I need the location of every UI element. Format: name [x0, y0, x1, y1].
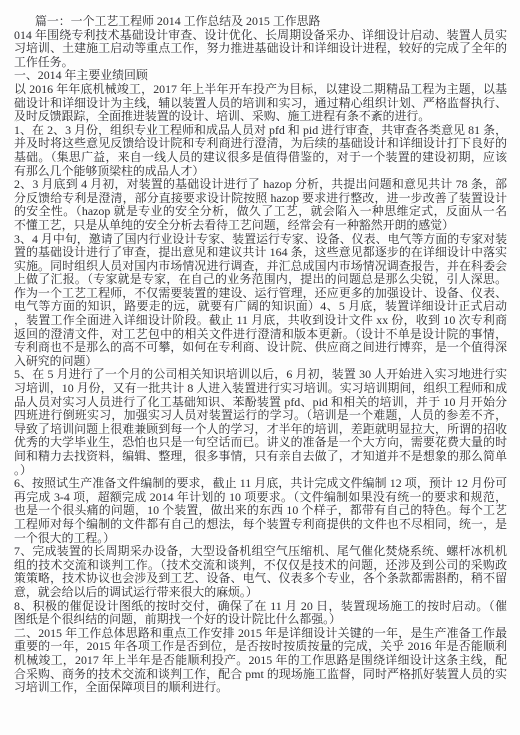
text-line: 014 年围绕专利技术基础设计审查、设计优化、长周期设备采办、详细设计启动、装置…	[14, 29, 507, 43]
text-line: 置的基础设计进行了审查，提出意见和建议共计 164 条，这些意见都逐步的在详细设…	[14, 246, 507, 260]
text-line: 基础。（集思广益，来自一线人员的建议很多是值得借鉴的，对于一个装置的建设初期，应…	[14, 151, 507, 165]
text-line: 作为一个工艺工程师，不仅需要装置的建设、运行管理，还应更多的加强设计、设备、仪表…	[14, 287, 507, 301]
text-line: 及时反馈跟踪，全面推进装置的设计、培训、采购、施工进程有条不紊的进行。	[14, 110, 507, 124]
text-line: 专利商也不是那么的高不可攀，如何在专利商、设计院、供应商之间进行博弈，是一个值得…	[14, 341, 507, 355]
text-line: 图纸是个很纠结的问题，前期找一个好的设计院比什么都强。）	[14, 613, 507, 627]
text-line: 础设计和详细设计为主线，辅以装置人员的培训和实习，通过精心组织计划、严格监督执行…	[14, 97, 507, 111]
paragraph: 3、4 月中旬，邀请了国内行业设计专家、装置运行专家、设备、仪表、电气等方面的专…	[14, 233, 507, 369]
text-line: 工作任务。	[14, 56, 507, 70]
text-line: 合采购、商务的技术交流和谈判工作，配合 pmt 的现场施工监督，同时严格抓好装置…	[14, 668, 507, 682]
text-line: 四班进行倒班实习，加强实习人员对装置运行的学习。（培训是一个难题，人员的参差不齐…	[14, 409, 507, 423]
paragraph: 8、积极的催促设计图纸的按时交付，确保了在 11 月 20 日，装置现场施工的按…	[14, 600, 507, 627]
paragraph: 6、按照试生产准备文件编制的要求，截止 11 月底，共计完成文件编制 12 项，…	[14, 477, 507, 545]
text-line: 1、在 2、3 月份，组织专业工程师和成品人员对 pfd 和 pid 进行审查，…	[14, 124, 507, 138]
text-line: 篇一：一个工艺工程师 2014 工作总结及 2015 工作思路	[14, 15, 507, 29]
text-line: 分反馈给专利是澄清，部分直接要求设计院按照 hazop 要求进行整改，进一步改善…	[14, 192, 507, 206]
text-line: 组的技术交流和谈判工作。（技术交流和谈判，不仅仅是技术的问题，还涉及到公司的采购…	[14, 559, 507, 573]
text-line: 上做了汇报。（专家就是专家，在自己的业务范围内，提出的问题总是那么尖锐，引人深思…	[14, 273, 507, 287]
text-line: 并及时将这些意见反馈给设计院和专利商进行澄清，为后续的基础设计和详细设计打下良好…	[14, 137, 507, 151]
text-line: 重要的一年，2015 年各项工作是否到位，是否按时按质按量的完成，关乎 2016…	[14, 640, 507, 654]
text-line: 有那么几个能够顶梁柱的成品人才）	[14, 165, 507, 179]
text-line: 3、4 月中旬，邀请了国内行业设计专家、装置运行专家、设备、仪表、电气等方面的专…	[14, 233, 507, 247]
text-line: 以 2016 年年底机械竣工，2017 年上半年开车投产为目标，以建设二期精品工…	[14, 83, 507, 97]
text-line: 。）	[14, 464, 507, 478]
text-line: 也是一个很头痛的问题，10 个装置，做出来的东西 10 个样子，都带有自己的特色…	[14, 504, 507, 518]
paragraph: 014 年围绕专利技术基础设计审查、设计优化、长周期设备采办、详细设计启动、装置…	[14, 29, 507, 70]
text-line: 二、2015 年工作总体思路和重点工作安排 2015 年是详细设计关键的一年，是…	[14, 627, 507, 641]
text-line: 一、2014 年主要业绩回顾	[14, 69, 507, 83]
paragraph: 1、在 2、3 月份，组织专业工程师和成品人员对 pfd 和 pid 进行审查，…	[14, 124, 507, 178]
text-line: 电气等方面的知识，路要走的远，就要有广阔的知识面）4、5 月底，装置详细设计正式…	[14, 300, 507, 314]
text-line: 机械竣工，2017 年上半年是否能顺利投产。2015 年的工作思路是围绕详细设计…	[14, 654, 507, 668]
text-line: 再完成 3-4 项，超额完成 2014 年计划的 10 项要求。（文件编制如果没…	[14, 491, 507, 505]
text-line: 6、按照试生产准备文件编制的要求，截止 11 月底，共计完成文件编制 12 项，…	[14, 477, 507, 491]
paragraph: 二、2015 年工作总体思路和重点工作安排 2015 年是详细设计关键的一年，是…	[14, 627, 507, 695]
text-line: 优秀的大学毕业生，恐怕也只是一句空话而已。讲义的准备是一个大方向，需要花费大量的…	[14, 436, 507, 450]
text-line: 品人员对实习人员进行了化工基础知识、苯酚装置 pfd、pid 和相关的培训，并于…	[14, 396, 507, 410]
paragraph: 以 2016 年年底机械竣工，2017 年上半年开车投产为目标，以建设二期精品工…	[14, 83, 507, 124]
text-line: 意，就会给以后的调试运行带来很大的麻烦。）	[14, 586, 507, 600]
paragraph: 2、3 月底到 4 月初，对装置的基础设计进行了 hazop 分析，共提出问题和…	[14, 178, 507, 232]
text-line: ，装置工作全面进入详细设计阶段。截止 11 月底，共收到设计文件 xx 份，收到…	[14, 314, 507, 328]
text-line: 实施。同时组织人员对国内市场情况进行调查，并汇总成国内市场情况调查报告，并在科委…	[14, 260, 507, 274]
text-line: 7、完成装置的长周期采办设备，大型设备机组空气压缩机、尾气催化焚烧系统、螺杆冰机…	[14, 545, 507, 559]
text-line: 策策略，技术协议也会涉及到工艺、设备、电气、仪表多个专业，各个条款都需斟酌，稍不…	[14, 572, 507, 586]
text-line: 5、在 5 月进行了一个月的公司相关知识培训以后，6 月初，装置 30 人开始进…	[14, 368, 507, 382]
paragraph: 5、在 5 月进行了一个月的公司相关知识培训以后，6 月初，装置 30 人开始进…	[14, 368, 507, 477]
text-line: 习培训，10 月份，又有一批共计 8 人进入装置进行实习培训。实习培训期间，组织…	[14, 382, 507, 396]
text-line: 一个很大的工程。）	[14, 532, 507, 546]
section-heading: 一、2014 年主要业绩回顾	[14, 69, 507, 83]
text-line: 2、3 月底到 4 月初，对装置的基础设计进行了 hazop 分析，共提出问题和…	[14, 178, 507, 192]
paragraph: 7、完成装置的长周期采办设备，大型设备机组空气压缩机、尾气催化焚烧系统、螺杆冰机…	[14, 545, 507, 599]
text-line: 习培训工作，全面保障项目的顺利进行。	[14, 681, 507, 695]
text-line: 工程师对每个编制的文件都有自己的想法，每个装置专利商提供的文件也不尽相同，统一，…	[14, 518, 507, 532]
text-line: 间和精力去找资料，编辑、整理，很多事情，只有亲自去做了，才知道并不是想象的那么简…	[14, 450, 507, 464]
text-line: 返回的澄清文件，对工艺包中的相关文件进行澄清和版本更新。（设计不单是设计院的事情…	[14, 328, 507, 342]
text-line: 的安全性。（hazop 就是专业的安全分析，做久了工艺，就会陷入一种思维定式，反…	[14, 205, 507, 219]
text-line: 8、积极的催促设计图纸的按时交付，确保了在 11 月 20 日，装置现场施工的按…	[14, 600, 507, 614]
text-line: 不懂工艺，只是从单纯的安全分析去看待工艺问题，经常会有一种豁然开朗的感觉）	[14, 219, 507, 233]
document-page: 篇一：一个工艺工程师 2014 工作总结及 2015 工作思路014 年围绕专利…	[0, 0, 520, 735]
text-line: 习培训、土建施工启动等重点工作，努力推进基础设计和详细设计进程，较好的完成了全年…	[14, 42, 507, 56]
document-title: 篇一：一个工艺工程师 2014 工作总结及 2015 工作思路	[14, 15, 507, 29]
text-line: 入研究的问题）	[14, 355, 507, 369]
text-line: 导致了培训问题上很难兼顾到每一个人的学习，才半年的培训，差距就明显拉大，所谓的招…	[14, 423, 507, 437]
